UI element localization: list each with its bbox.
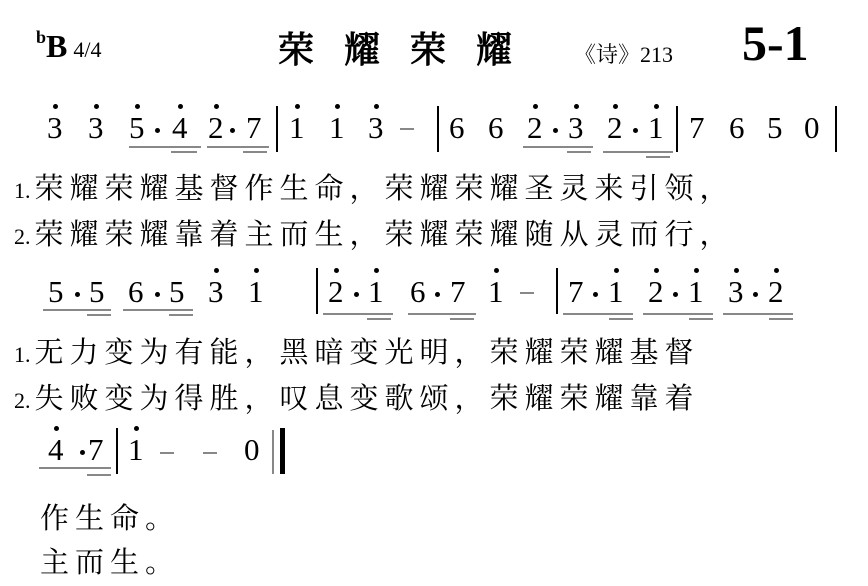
note: 5 (48, 276, 64, 307)
underline (323, 313, 393, 315)
underline (39, 467, 111, 469)
dash (160, 452, 174, 454)
lyric-verse-1-line-2: 1.无力变为有能，黑暗变光明，荣耀荣耀基督 (14, 330, 700, 371)
underline (87, 314, 111, 316)
note: 6 (410, 276, 426, 307)
note: 2 (648, 276, 664, 307)
underline (563, 313, 633, 315)
underline (171, 151, 197, 153)
note: 1 (368, 276, 384, 307)
note: 0 (244, 434, 260, 465)
underline (603, 151, 673, 153)
note: 1 (688, 276, 704, 307)
note: 3 (728, 276, 744, 307)
note: 6 (729, 112, 745, 143)
hymn-source: 《诗》213 (574, 38, 673, 69)
underline (523, 146, 593, 148)
note: 7 (450, 276, 466, 307)
augmentation-dot (593, 292, 598, 297)
augmentation-dot (155, 292, 160, 297)
augmentation-dot (633, 128, 638, 133)
note: 7 (568, 276, 584, 307)
note: 5 (169, 276, 185, 307)
note: 3 (88, 112, 104, 143)
underline (723, 313, 793, 315)
lyric-verse-2-line-3: 主而生。 (40, 540, 180, 581)
final-barline-thin (272, 430, 274, 474)
underline (689, 318, 713, 320)
barline (676, 106, 678, 152)
barline (316, 268, 318, 314)
lyric-verse-2-line-2: 2.失败变为得胜，叹息变歌颂，荣耀荣耀靠着 (14, 376, 700, 417)
underline (609, 318, 633, 320)
underline (123, 309, 193, 311)
augmentation-dot (75, 292, 80, 297)
time-signature: 4/4 (73, 37, 101, 62)
barline (116, 428, 118, 474)
note: 2 (208, 112, 224, 143)
flat-sign: b (36, 27, 46, 47)
underline (207, 146, 269, 148)
augmentation-dot (80, 450, 85, 455)
note: 1 (488, 276, 504, 307)
underline (243, 151, 267, 153)
underline (646, 156, 670, 158)
key-signature: bB4/4 (36, 28, 101, 65)
underline (408, 313, 476, 315)
note: 3 (47, 112, 63, 143)
augmentation-dot (753, 292, 758, 297)
augmentation-dot (354, 292, 359, 297)
note: 7 (88, 434, 104, 465)
dash (520, 292, 534, 294)
note: 1 (248, 276, 264, 307)
note: 4 (172, 112, 188, 143)
lyric-verse-2-line-1: 2.荣耀荣耀靠着主而生，荣耀荣耀随从灵而行， (14, 212, 735, 253)
lyric-verse-1-line-1: 1.荣耀荣耀基督作生命，荣耀荣耀圣灵来引领， (14, 166, 735, 207)
note: 3 (208, 276, 224, 307)
barline (835, 106, 837, 152)
dash (400, 128, 414, 130)
augmentation-dot (230, 128, 235, 133)
note: 4 (48, 434, 64, 465)
note: 7 (689, 112, 705, 143)
underline (367, 318, 391, 320)
barline (437, 106, 439, 152)
note: 6 (449, 112, 465, 143)
note: 1 (128, 434, 144, 465)
lyric-verse-1-line-3: 作生命。 (40, 496, 180, 537)
underline (769, 318, 793, 320)
note: 3 (368, 112, 384, 143)
hymn-number: 5-1 (742, 14, 809, 72)
barline (276, 106, 278, 152)
barline (556, 268, 558, 314)
note: 5 (129, 112, 145, 143)
note: 1 (289, 112, 305, 143)
note: 1 (648, 112, 664, 143)
note: 0 (804, 112, 820, 143)
note: 3 (568, 112, 584, 143)
underline (43, 309, 111, 311)
note: 6 (488, 112, 504, 143)
note: 1 (608, 276, 624, 307)
augmentation-dot (435, 292, 440, 297)
dash (203, 452, 217, 454)
underline (643, 313, 713, 315)
underline (567, 151, 591, 153)
note: 2 (768, 276, 784, 307)
note: 5 (767, 112, 783, 143)
note: 5 (89, 276, 105, 307)
note: 2 (527, 112, 543, 143)
underline (87, 474, 111, 476)
note: 6 (128, 276, 144, 307)
note: 1 (329, 112, 345, 143)
augmentation-dot (673, 292, 678, 297)
augmentation-dot (553, 128, 558, 133)
augmentation-dot (155, 128, 160, 133)
hymn-title: 荣耀荣耀 (278, 22, 542, 73)
key-note: B (46, 28, 67, 64)
note: 7 (246, 112, 262, 143)
note: 2 (607, 112, 623, 143)
underline (450, 318, 474, 320)
underline (169, 314, 193, 316)
underline (129, 146, 201, 148)
note: 2 (328, 276, 344, 307)
final-barline-thick (280, 428, 285, 474)
